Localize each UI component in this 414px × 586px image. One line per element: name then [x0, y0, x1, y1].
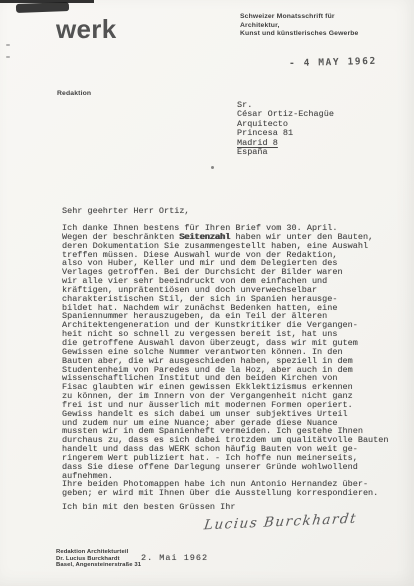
body-segment-after-overtype: haben wir unter den Bauten, deren Dokume… — [62, 232, 388, 498]
footer-sender-block: Redaktion Architekturteil Dr. Lucius Bur… — [56, 549, 141, 569]
recipient-address-top: Sr. César Ortiz-Echagüe Arquitecto Princ… — [237, 100, 334, 138]
werk-logo: werk — [56, 14, 116, 45]
recipient-country: España — [237, 147, 268, 157]
closing-line: Ich bin mit den besten Grüssen Ihr — [62, 502, 235, 512]
recipient-address: Sr. César Ortiz-Echagüe Arquitecto Princ… — [237, 101, 334, 157]
scan-artifact-top-blob — [16, 2, 69, 13]
scanned-letter-page: werk Schweizer Monatsschrift für Archite… — [0, 0, 414, 586]
typed-date: 2. Mai 1962 — [141, 553, 208, 563]
scan-artifact-margin-mark — [6, 44, 10, 46]
magazine-subtitle: Schweizer Monatsschrift für Architektur,… — [240, 13, 359, 39]
scan-artifact-dot — [211, 166, 214, 169]
handwritten-signature: Lucius Burckhardt — [203, 511, 358, 534]
scan-artifact-margin-mark — [6, 56, 10, 58]
letter-body: Ich danke Ihnen bestens für Ihren Brief … — [62, 224, 388, 498]
redaktion-label: Redaktion — [57, 90, 91, 97]
received-date-stamp: - 4 MAY 1962 — [289, 56, 377, 69]
salutation: Sehr geehrter Herr Ortiz, — [62, 206, 190, 216]
